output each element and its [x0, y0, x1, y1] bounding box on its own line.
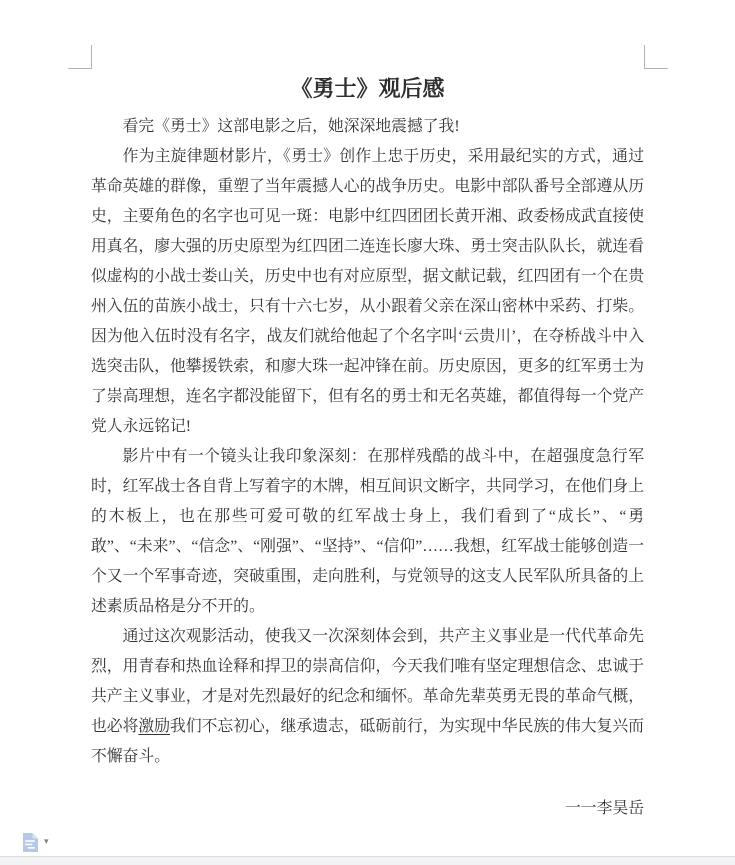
margin-crop-mark-top-right [644, 45, 668, 69]
paragraph-segment: 我们不忘初心，继承遗志，砥砺前行，为实现中华民族的伟大复兴而不懈奋斗。 [91, 718, 644, 765]
margin-crop-mark-top-left [68, 45, 92, 69]
document-text-area[interactable]: 《勇士》观后感 看完《勇士》这部电影之后，她深深地震撼了我! 作为主旋律题材影片… [91, 74, 644, 824]
document-title[interactable]: 《勇士》观后感 [91, 74, 644, 104]
paste-document-icon [22, 832, 39, 853]
underlined-word: 激励 [138, 718, 170, 735]
paragraph-4[interactable]: 通过这次观影活动，使我又一次深刻体会到，共产主义事业是一代代革命先烈，用青春和热… [91, 622, 644, 772]
paragraph-1[interactable]: 看完《勇士》这部电影之后，她深深地震撼了我! [91, 112, 644, 142]
status-bar-edge [0, 856, 735, 865]
paste-options-button[interactable]: ▾ [22, 829, 58, 855]
paragraph-3[interactable]: 影片中有一个镜头让我印象深刻：在那样残酷的战斗中，在超强度急行军时，红军战士各自… [91, 442, 644, 622]
signature-line[interactable]: 一一李昊岳 [91, 794, 644, 824]
paragraph-2[interactable]: 作为主旋律题材影片，《勇士》创作上忠于历史，采用最纪实的方式，通过革命英雄的群像… [91, 142, 644, 442]
chevron-down-icon: ▾ [44, 838, 49, 847]
document-page: 《勇士》观后感 看完《勇士》这部电影之后，她深深地震撼了我! 作为主旋律题材影片… [0, 0, 735, 865]
